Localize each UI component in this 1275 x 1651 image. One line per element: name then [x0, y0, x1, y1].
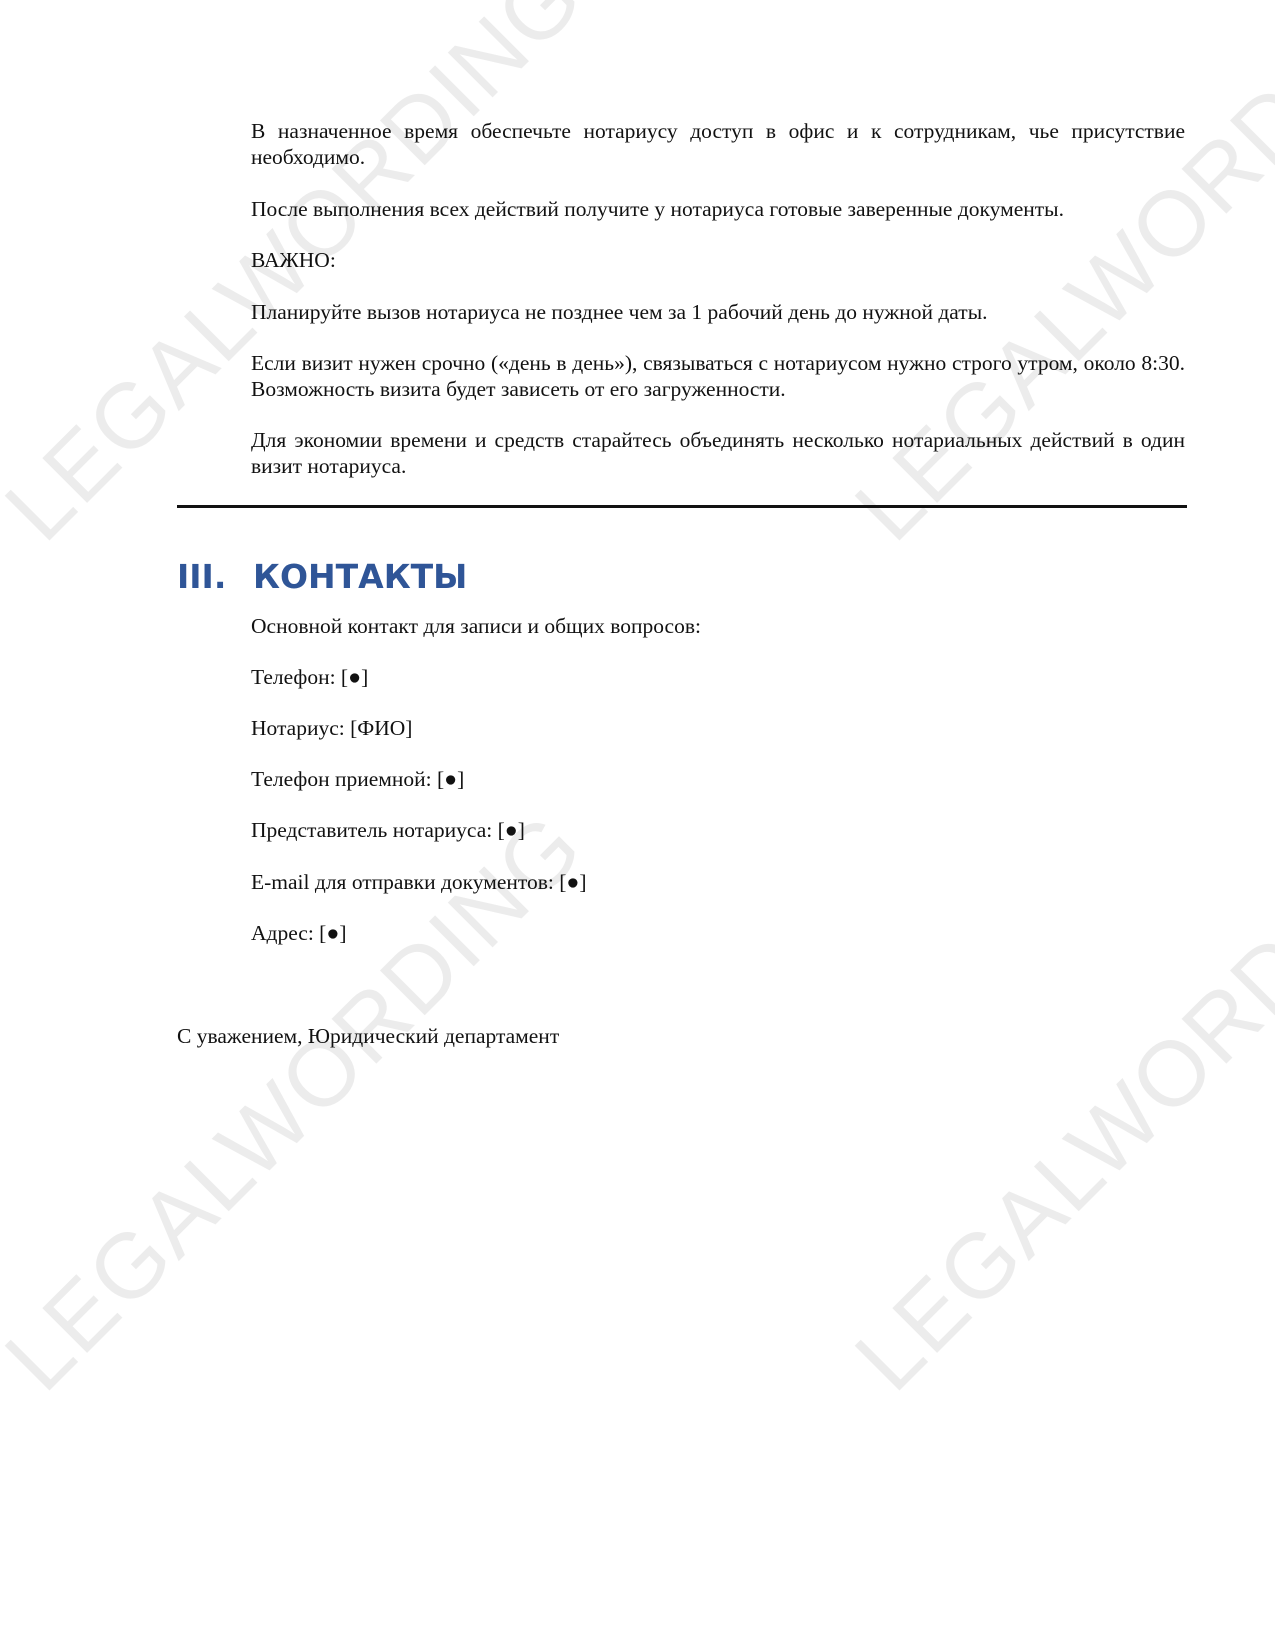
- section-divider: [177, 505, 1187, 508]
- contact-notary: Нотариус: [ФИО]: [251, 715, 1185, 741]
- paragraph: Планируйте вызов нотариуса не позднее че…: [251, 299, 1185, 325]
- contact-email: E-mail для отправки документов: [●]: [251, 869, 1185, 895]
- contact-intro: Основной контакт для записи и общих вопр…: [251, 613, 1185, 639]
- section-heading: III.КОНТАКТЫ: [177, 557, 467, 596]
- section-title: КОНТАКТЫ: [253, 557, 467, 596]
- section-number: III.: [177, 557, 253, 596]
- paragraph: В назначенное время обеспечьте нотариусу…: [251, 118, 1185, 170]
- contact-reception-phone: Телефон приемной: [●]: [251, 766, 1185, 792]
- signature: С уважением, Юридический департамент: [177, 1024, 559, 1049]
- contact-phone: Телефон: [●]: [251, 664, 1185, 690]
- important-label: ВАЖНО:: [251, 247, 1185, 273]
- paragraph: Для экономии времени и средств старайтес…: [251, 427, 1185, 479]
- paragraph: Если визит нужен срочно («день в день»),…: [251, 350, 1185, 402]
- paragraph: После выполнения всех действий получите …: [251, 196, 1185, 222]
- contact-representative: Представитель нотариуса: [●]: [251, 817, 1185, 843]
- contact-address: Адрес: [●]: [251, 920, 1185, 946]
